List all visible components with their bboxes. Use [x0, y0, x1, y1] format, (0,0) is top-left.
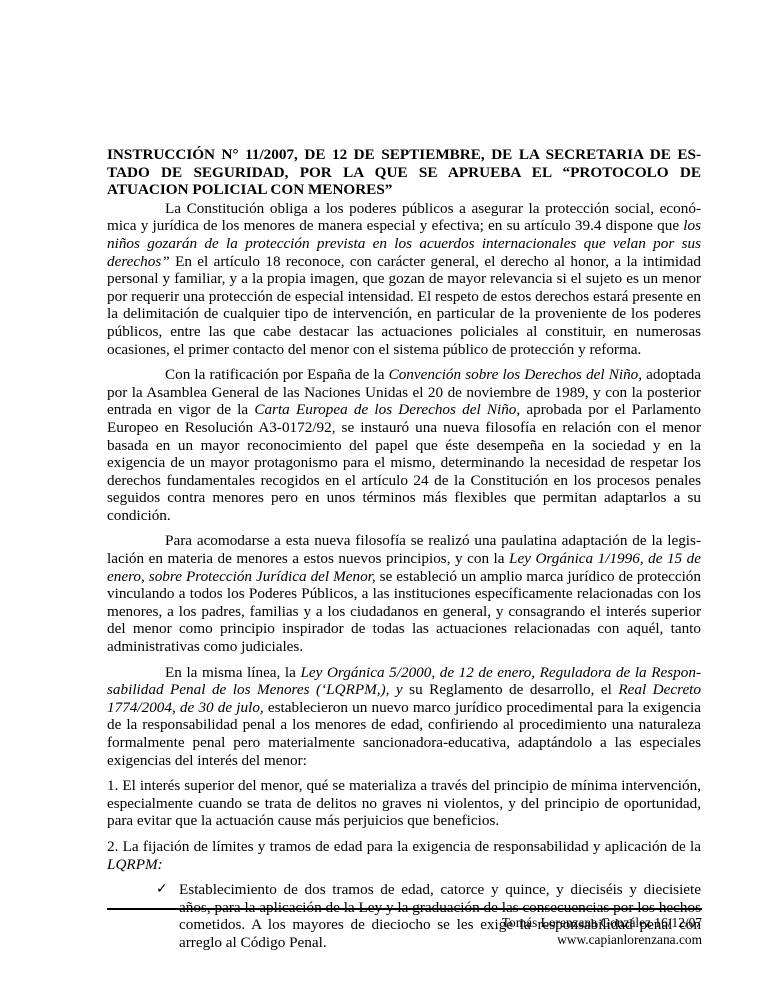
paragraph-convention: Con la ratificación por España de la Con…	[107, 366, 701, 524]
italic-citation: Carta Europea de los Derechos del Niño,	[254, 401, 520, 418]
footer-author-date: Tomás Lorenzana González 16/12/07	[502, 915, 702, 932]
paragraph-constitution: La Constitución obliga a los poderes púb…	[107, 200, 701, 358]
text-run: su Reglamento de desarrollo, el	[403, 681, 619, 698]
italic-citation: LQRPM:	[107, 856, 163, 873]
footer-website: www.capianlorenzana.com	[502, 932, 702, 949]
text-run: La Constitución obliga a los poderes púb…	[107, 200, 701, 235]
document-body: INSTRUCCIÓN N° 11/2007, DE 12 DE SEPTIEM…	[107, 146, 701, 952]
footer-divider	[107, 908, 702, 910]
paragraph-organic-law-2000: En la misma línea, la Ley Orgánica 5/200…	[107, 664, 701, 770]
italic-citation: Convención sobre los Derechos del Niño,	[389, 366, 643, 383]
text-run: aprobada por el Parlamento Europeo en Re…	[107, 401, 701, 524]
text-run: 2. La fijación de límites y tramos de ed…	[107, 838, 701, 855]
paragraph-organic-law-1996: Para acomodarse a esta nueva filosofía s…	[107, 532, 701, 655]
checkmark-icon: ✓	[156, 881, 168, 899]
page-footer: Tomás Lorenzana González 16/12/07 www.ca…	[502, 915, 702, 948]
text-run: Con la ratificación por España de la	[165, 366, 389, 383]
numbered-item-2: 2. La fijación de límites y tramos de ed…	[107, 838, 701, 873]
text-run: En la misma línea, la	[165, 664, 300, 681]
text-run: En el artículo 18 reconoce, con carácter…	[107, 253, 701, 358]
numbered-item-1: 1. El interés superior del menor, qué se…	[107, 777, 701, 830]
document-title: INSTRUCCIÓN N° 11/2007, DE 12 DE SEPTIEM…	[107, 146, 701, 199]
